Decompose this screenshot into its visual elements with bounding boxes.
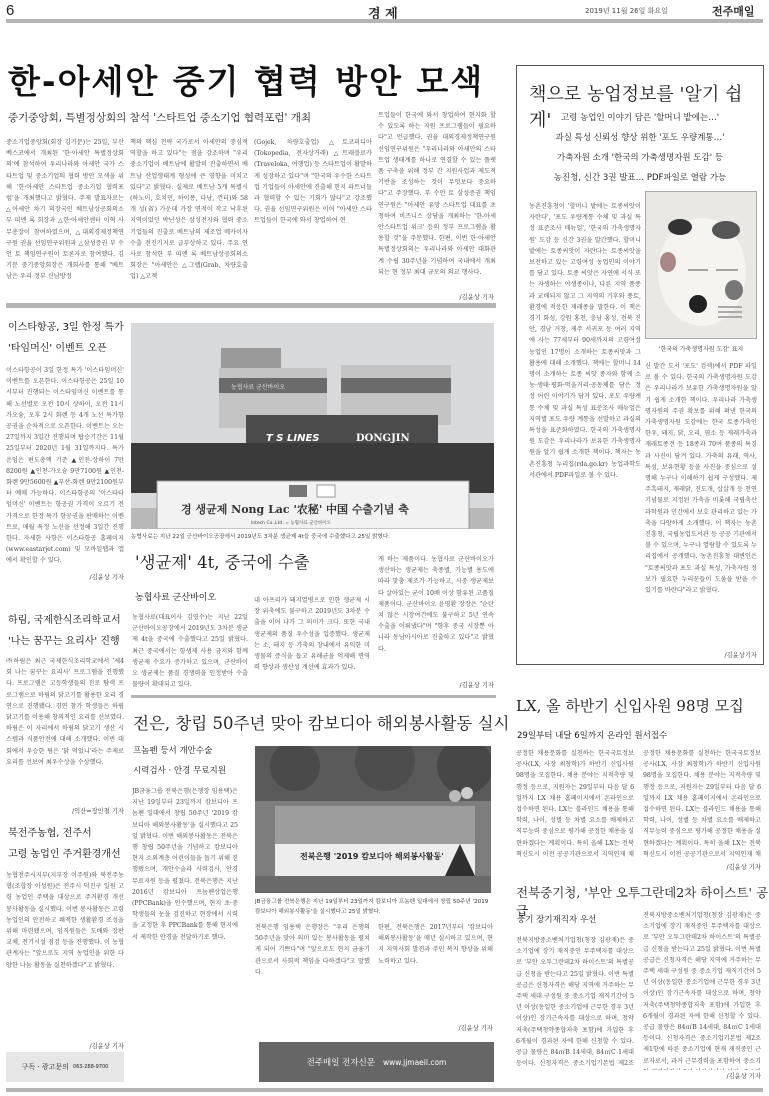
book-deck-line: 가축자원 소개 '한국의 가축생명자원 도감' 등 — [517, 148, 763, 168]
book-body-left: 농촌진흥청이 '할머니 밭에는 토종씨앗이 자란다', '포도 우량계통 수체 … — [529, 201, 641, 656]
export-column-3: 게 하는 제품이다. 농협사료 군산바이오가 생산하는 생균제는 축종별, 기능… — [378, 554, 494, 680]
issue-date: 2019년 11월 26일 화요일 — [585, 6, 668, 16]
lx-byline: /김윤상 기자 — [643, 862, 761, 871]
lead-column-3: (Gojek, 차량호출업) △토코피디아(Tokopedia, 전자상거래) … — [254, 137, 372, 302]
e-paper-title: 전주매일 전자신문 — [307, 1056, 375, 1068]
volunteer-group-photo-icon: 전북은행 '2019 캄보디아 해외봉사활동' — [255, 746, 491, 893]
contact-box: 구독 · 광고문의 063-288-9700 — [6, 1052, 124, 1082]
nonghyup-byline: /김윤상 기자 — [6, 1041, 124, 1050]
eastar-headline-1: 이스타항공, 3일 한정 특가 — [8, 317, 124, 338]
lead-column-2: 책의 핵심 전략 국가로서 아세안의 중심적 역할을 하고 있다"는 점을 강조… — [130, 137, 248, 302]
jb-subheadline-1: 프놈펜 등서 개안수술 — [133, 744, 212, 756]
contact-label: 구독 · 광고문의 — [22, 1062, 69, 1072]
lx-body-col-2: 공정한 채용문화를 실천하는 한국국토정보공사(LX, 사장 최창학)가 하반기… — [643, 748, 761, 860]
jb-headline: 전은, 창립 50주년 맞아 캄보디아 해외봉사활동 실시 — [133, 710, 510, 734]
lead-column-1: 중소기업중앙회(회장 김기문)는 25일, 부산 벡스코에서 개최된 '한·아세… — [6, 137, 124, 302]
svg-text:DONGJIN: DONGJIN — [356, 433, 410, 444]
svg-text:농협사료 군산바이오: 농협사료 군산바이오 — [231, 383, 285, 391]
lx-headline: LX, 올 하반기 신입사원 98명 모집 — [516, 695, 744, 716]
eastar-byline: /김윤상 기자 — [6, 572, 124, 581]
export-photo: 농협사료 군산바이오 T S LINES DONGJIN 경 생균제 Nong … — [131, 323, 494, 529]
factory-group-photo-icon: 농협사료 군산바이오 T S LINES DONGJIN 경 생균제 Nong … — [131, 323, 494, 529]
jb-photo-caption: JB금융그룹 전북은행은 지난 19일부터 23일까지 캄보디아 프놈펜 일대에… — [255, 897, 493, 917]
book-deck-line: 농진청, 신간 3권 발표… PDF파일로 열람 가능 — [517, 168, 763, 188]
contact-phone: 063-288-9700 — [73, 1064, 108, 1070]
eastar-headline-2: '타임머신' 이벤트 오픈 — [8, 338, 107, 359]
book-cover-image — [645, 191, 757, 339]
book-story-box: 책으로 농업정보를 '알기 쉽게' 고령 농업인 이야기 담은 '할머니 밭에는… — [516, 65, 764, 665]
jb-body: JB금융그룹 전북은행(은행장 임용택)은 지난 19일부터 23일까지 캄보디… — [132, 786, 238, 1076]
lead-column-4: 트업들이 한국에 와서 창업하여 현지화 할 수 있도록 하는 지원 프로그램들… — [378, 110, 496, 290]
export-divider — [131, 695, 496, 698]
nonghyup-body: 농협전주시지부(지부장 이주원)와 북전주농협(조합장 이성원)은 전주시 덕진… — [6, 870, 124, 1040]
lead-divider — [6, 303, 496, 308]
export-headline: '생균제' 4t, 중국에 수출 — [135, 549, 310, 573]
svg-text:Intech Co.,Ltd. = 농협사료 군산바이오: Intech Co.,Ltd. = 농협사료 군산바이오 — [251, 519, 332, 526]
page-number: 6 — [6, 2, 14, 19]
svg-text:전북은행 '2019 캄보디아 해외봉사활동': 전북은행 '2019 캄보디아 해외봉사활동' — [300, 851, 444, 861]
book-deck: 고령 농업인 이야기 담은 '할머니 밭에는…' 과실 특성 신뢰성 향상 위한… — [517, 108, 763, 188]
export-byline: /김윤상 기자 — [378, 680, 494, 689]
harim-headline-2: '나는 꿈꾸는 요리사' 진행 — [8, 631, 120, 652]
masthead-rule — [6, 19, 763, 23]
book-body-right: 신 발간 도서 '포도' 검색)에서 PDF 파일로 볼 수 있다. 한국의 가… — [645, 361, 757, 646]
hoist-byline: /김윤상 기자 — [643, 1071, 761, 1080]
export-column-2: 내 아프리카 돼지열병으로 인한 생균제 시장 위축에도 불구하고 2019년도… — [254, 595, 370, 690]
harim-body: ㈜하림은 최근 국제한식조리학교에서 '제4회 나는 꿈꾸는 요리사' 프로그램… — [6, 656, 124, 804]
hoist-body-col-1: 전북지방중소벤처기업청(청장 김광재)은 중소기업에 장기 재직중인 무주택자를… — [516, 935, 634, 1070]
hoist-subheadline: 중기 장기재직자 우선 — [517, 913, 596, 925]
lx-body-col-1: 공정한 채용문화를 실천하는 한국국토정보공사(LX, 사장 최창학)가 하반기… — [516, 748, 634, 860]
jb-byline: /김윤상 기자 — [378, 1023, 493, 1032]
svg-text:경 생균제 Nong Lac '农秘' 中国 수출기념 축: 경 생균제 Nong Lac '农秘' 中国 수출기념 축 — [181, 502, 409, 516]
eastar-body: 이스타항공이 3일 한정 특가 '이스타임머신' 이벤트를 오픈한다. 이스타항… — [6, 365, 124, 570]
harim-byline: /익산=장인철 기자 — [6, 806, 124, 815]
lead-byline: /김윤상 기자 — [378, 292, 494, 301]
lead-subheadline: 중기중앙회, 특별정상회의 참석 '스타트업 중소기업 협력포럼' 개최 — [8, 110, 311, 125]
jb-subheadline-2: 시력검사 · 안경 무료지원 — [133, 764, 226, 776]
jb-photo: 전북은행 '2019 캄보디아 해외봉사활동' — [255, 746, 491, 893]
bottom-rule — [6, 1088, 763, 1092]
harim-headline-1: 하림, 국제한식조리학교서 — [8, 610, 121, 631]
book-deck-line: 고령 농업인 이야기 담은 '할머니 밭에는…' — [517, 108, 763, 128]
export-photo-caption: 농협사료는 지난 22일 군산바이오공장에서 2019년도 3차분 생균제 4t… — [131, 532, 496, 540]
lx-subheadline: 29일부터 내달 6일까지 온라인 원서접수 — [517, 729, 667, 741]
book-image-caption: '한국의 가축생명자원 도감' 표지 — [645, 344, 757, 353]
lead-headline: 한-아세안 중기 협력 방안 모색 — [8, 56, 484, 103]
book-deck-line: 과실 특성 신뢰성 향상 위한 '포도 우량계통…' — [517, 128, 763, 148]
export-subheadline: 농협사료 군산바이오 — [135, 590, 216, 603]
book-byline: /김윤상기자 — [645, 650, 757, 659]
hoist-body-col-2: 전북지방중소벤처기업청(청장 김광재)은 중소기업에 장기 재직중인 무주택자를… — [643, 910, 761, 1070]
newspaper-brand: 전주매일 — [712, 3, 755, 19]
e-paper-url[interactable]: www.jjmaeil.com — [383, 1058, 446, 1067]
e-paper-ad[interactable]: 전주매일 전자신문 www.jjmaeil.com — [259, 1042, 494, 1082]
svg-text:T S LINES: T S LINES — [266, 433, 319, 444]
nonghyup-headline-2: 고령 농업인 주거환경개선 — [8, 844, 121, 865]
nonghyup-headline-1: 북전주농협, 전주서 — [8, 823, 92, 844]
livestock-illustration-icon — [646, 192, 757, 339]
jb-column-3: 한편, 전북은행은 2017년부터 '캄보디아 해외봉사활동'을 매년 실시하고… — [378, 922, 493, 1032]
export-column-1: 농협사료(대표이사 김영수)는 지난 22일 군산바이오공장에서 2019년도 … — [132, 612, 248, 690]
